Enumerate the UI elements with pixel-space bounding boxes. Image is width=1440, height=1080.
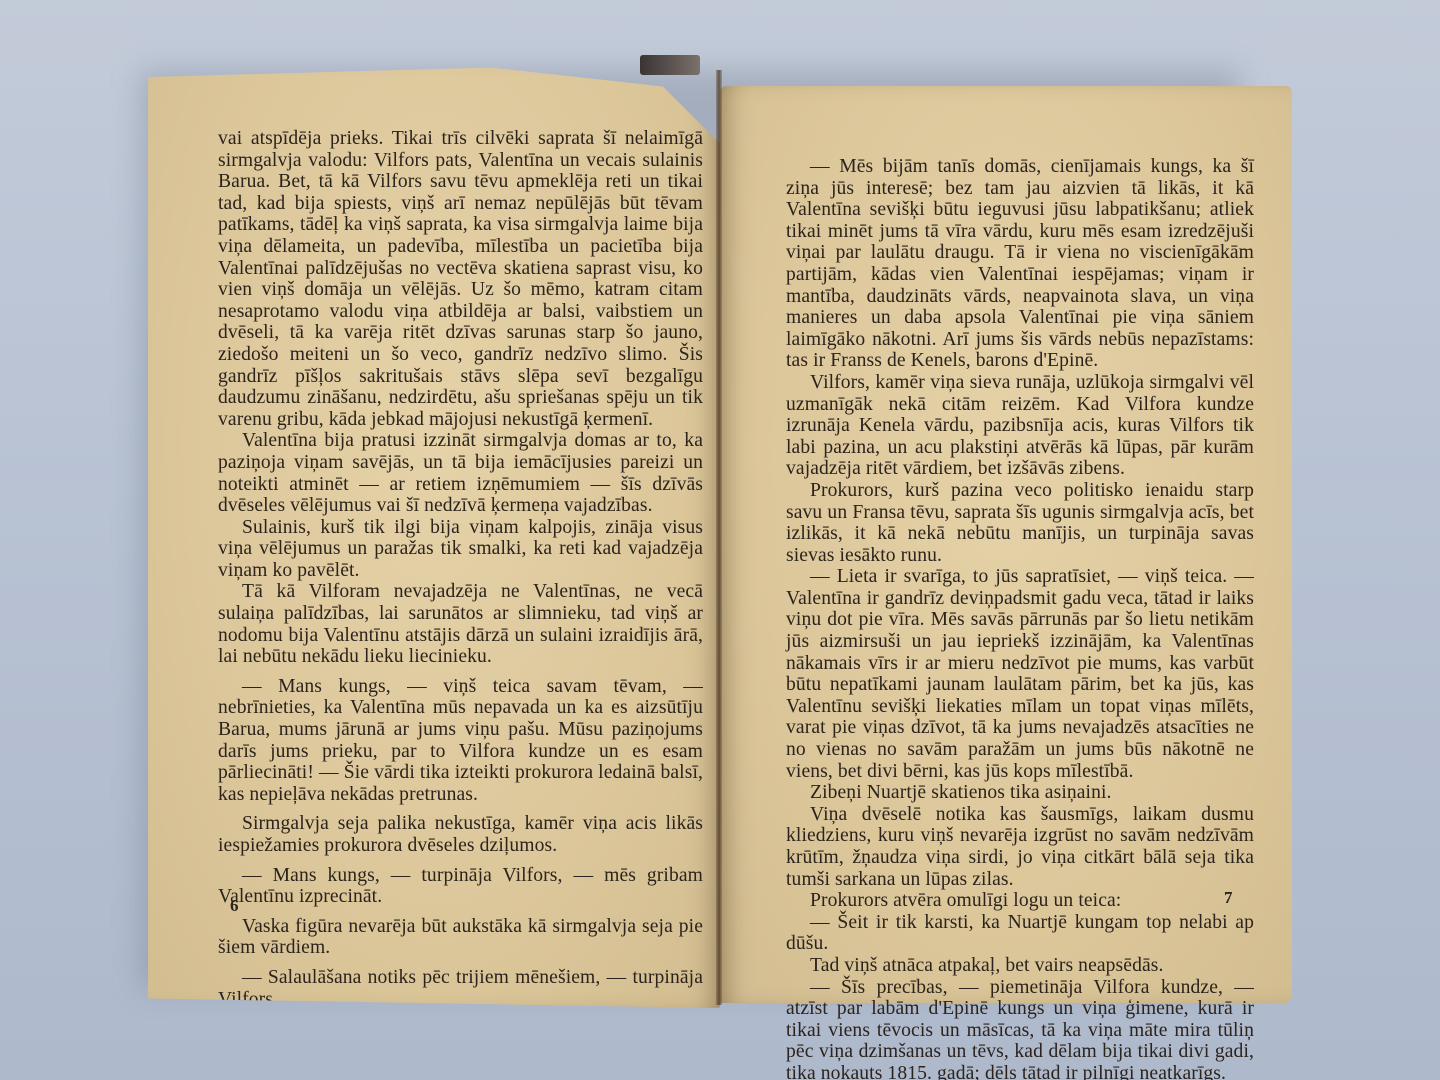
page-number: 7 [1224,888,1233,908]
paragraph: Prokurors, kurš pazina veco politisko ie… [786,480,1254,566]
paragraph: Vilfors, kamēr viņa sieva runāja, uzlūko… [786,372,1254,480]
paragraph: Zibeņi Nuartjē skatienos tika asiņaini. [786,782,1254,804]
paragraph: — Salaulāšana notiks pēc trijiem mēnešie… [218,967,703,1010]
book-cover-edge [640,55,700,75]
paragraph: — Mans kungs, — viņš teica savam tēvam, … [218,676,703,806]
page-number: 6 [230,896,239,916]
paragraph: — Mēs bijām tanīs domās, cienījamais kun… [786,156,1254,372]
paragraph: Sirmgalvja seja palika nekustīga, kamēr … [218,813,703,856]
left-page-text: vai atspīdēja prieks. Tikai trīs cilvēki… [218,128,703,1061]
paragraph: — Šīs precības, — piemetināja Vilfora ku… [786,977,1254,1080]
left-page: vai atspīdēja prieks. Tikai trīs cilvēki… [148,58,720,1008]
paragraph: Prokurors atvēra omulīgi logu un teica: [786,890,1254,912]
book-gutter [716,70,722,1005]
paragraph: Tā kā Vilforam nevajadzēja ne Valentīnas… [218,581,703,667]
right-page-text: — Mēs bijām tanīs domās, cienījamais kun… [786,156,1254,1080]
paragraph: Vaska figūra nevarēja būt aukstāka kā si… [218,916,703,959]
paragraph: — Lieta ir svarīga, to jūs sapratīsiet, … [786,566,1254,782]
paragraph: vai atspīdēja prieks. Tikai trīs cilvēki… [218,128,703,430]
paragraph: Sulainis, kurš tik ilgi bija viņam kalpo… [218,517,703,582]
paragraph: Valentīna bija pratusi izzināt sirmgalvj… [218,430,703,516]
paragraph: Tā kā sirmgalvis palika mierīgs, tad Vil… [218,1018,703,1061]
paragraph: Tad viņš atnāca atpakaļ, bet vairs neaps… [786,955,1254,977]
paragraph: — Mans kungs, — turpināja Vilfors, — mēs… [218,865,703,908]
right-page: — Mēs bijām tanīs domās, cienījamais kun… [720,86,1292,1003]
paragraph: — Šeit ir tik karsti, ka Nuartjē kungam … [786,912,1254,955]
paragraph: Viņa dvēselē notika kas šausmīgs, laikam… [786,804,1254,890]
